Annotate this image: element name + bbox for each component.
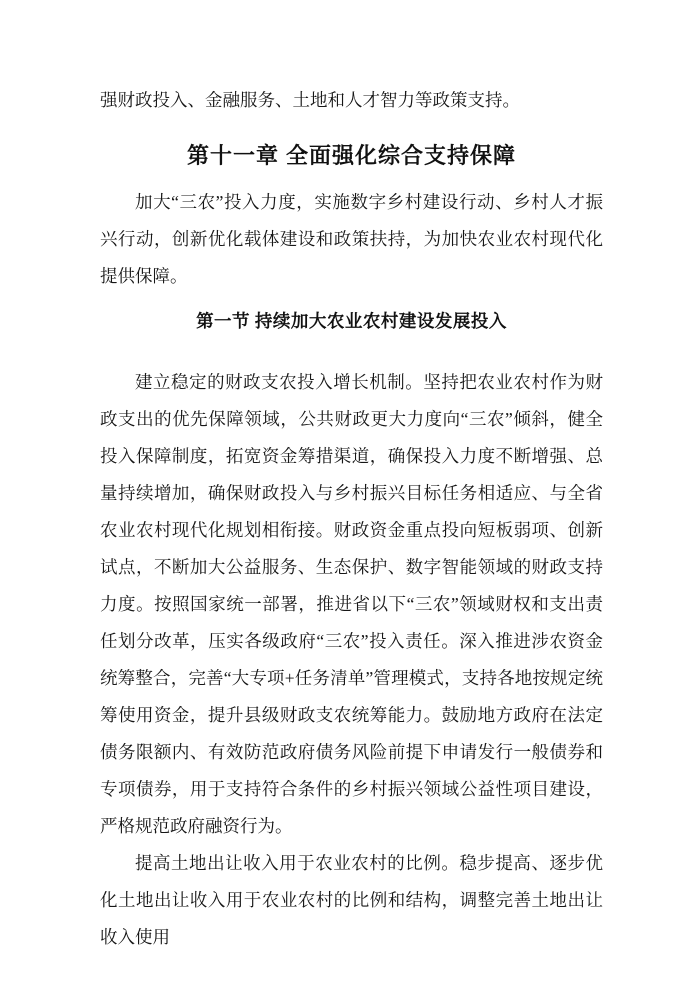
document-page: 强财政投入、金融服务、土地和人才智力等政策支持。 第十一章 全面强化综合支持保障… <box>0 0 700 990</box>
body-paragraph-fiscal-input: 建立稳定的财政支农投入增长机制。坚持把农业农村作为财政支出的优先保障领域，公共财… <box>100 364 603 845</box>
leading-paragraph-tail: 强财政投入、金融服务、土地和人才智力等政策支持。 <box>100 82 603 119</box>
body-paragraph-land-revenue: 提高土地出让收入用于农业农村的比例。稳步提高、逐步优化土地出让收入用于农业农村的… <box>100 845 603 956</box>
chapter-heading: 第十一章 全面强化综合支持保障 <box>100 137 603 174</box>
chapter-intro-paragraph: 加大“三农”投入力度，实施数字乡村建设行动、乡村人才振兴行动，创新优化载体建设和… <box>100 184 603 295</box>
section-heading: 第一节 持续加大农业农村建设发展投入 <box>100 303 603 340</box>
